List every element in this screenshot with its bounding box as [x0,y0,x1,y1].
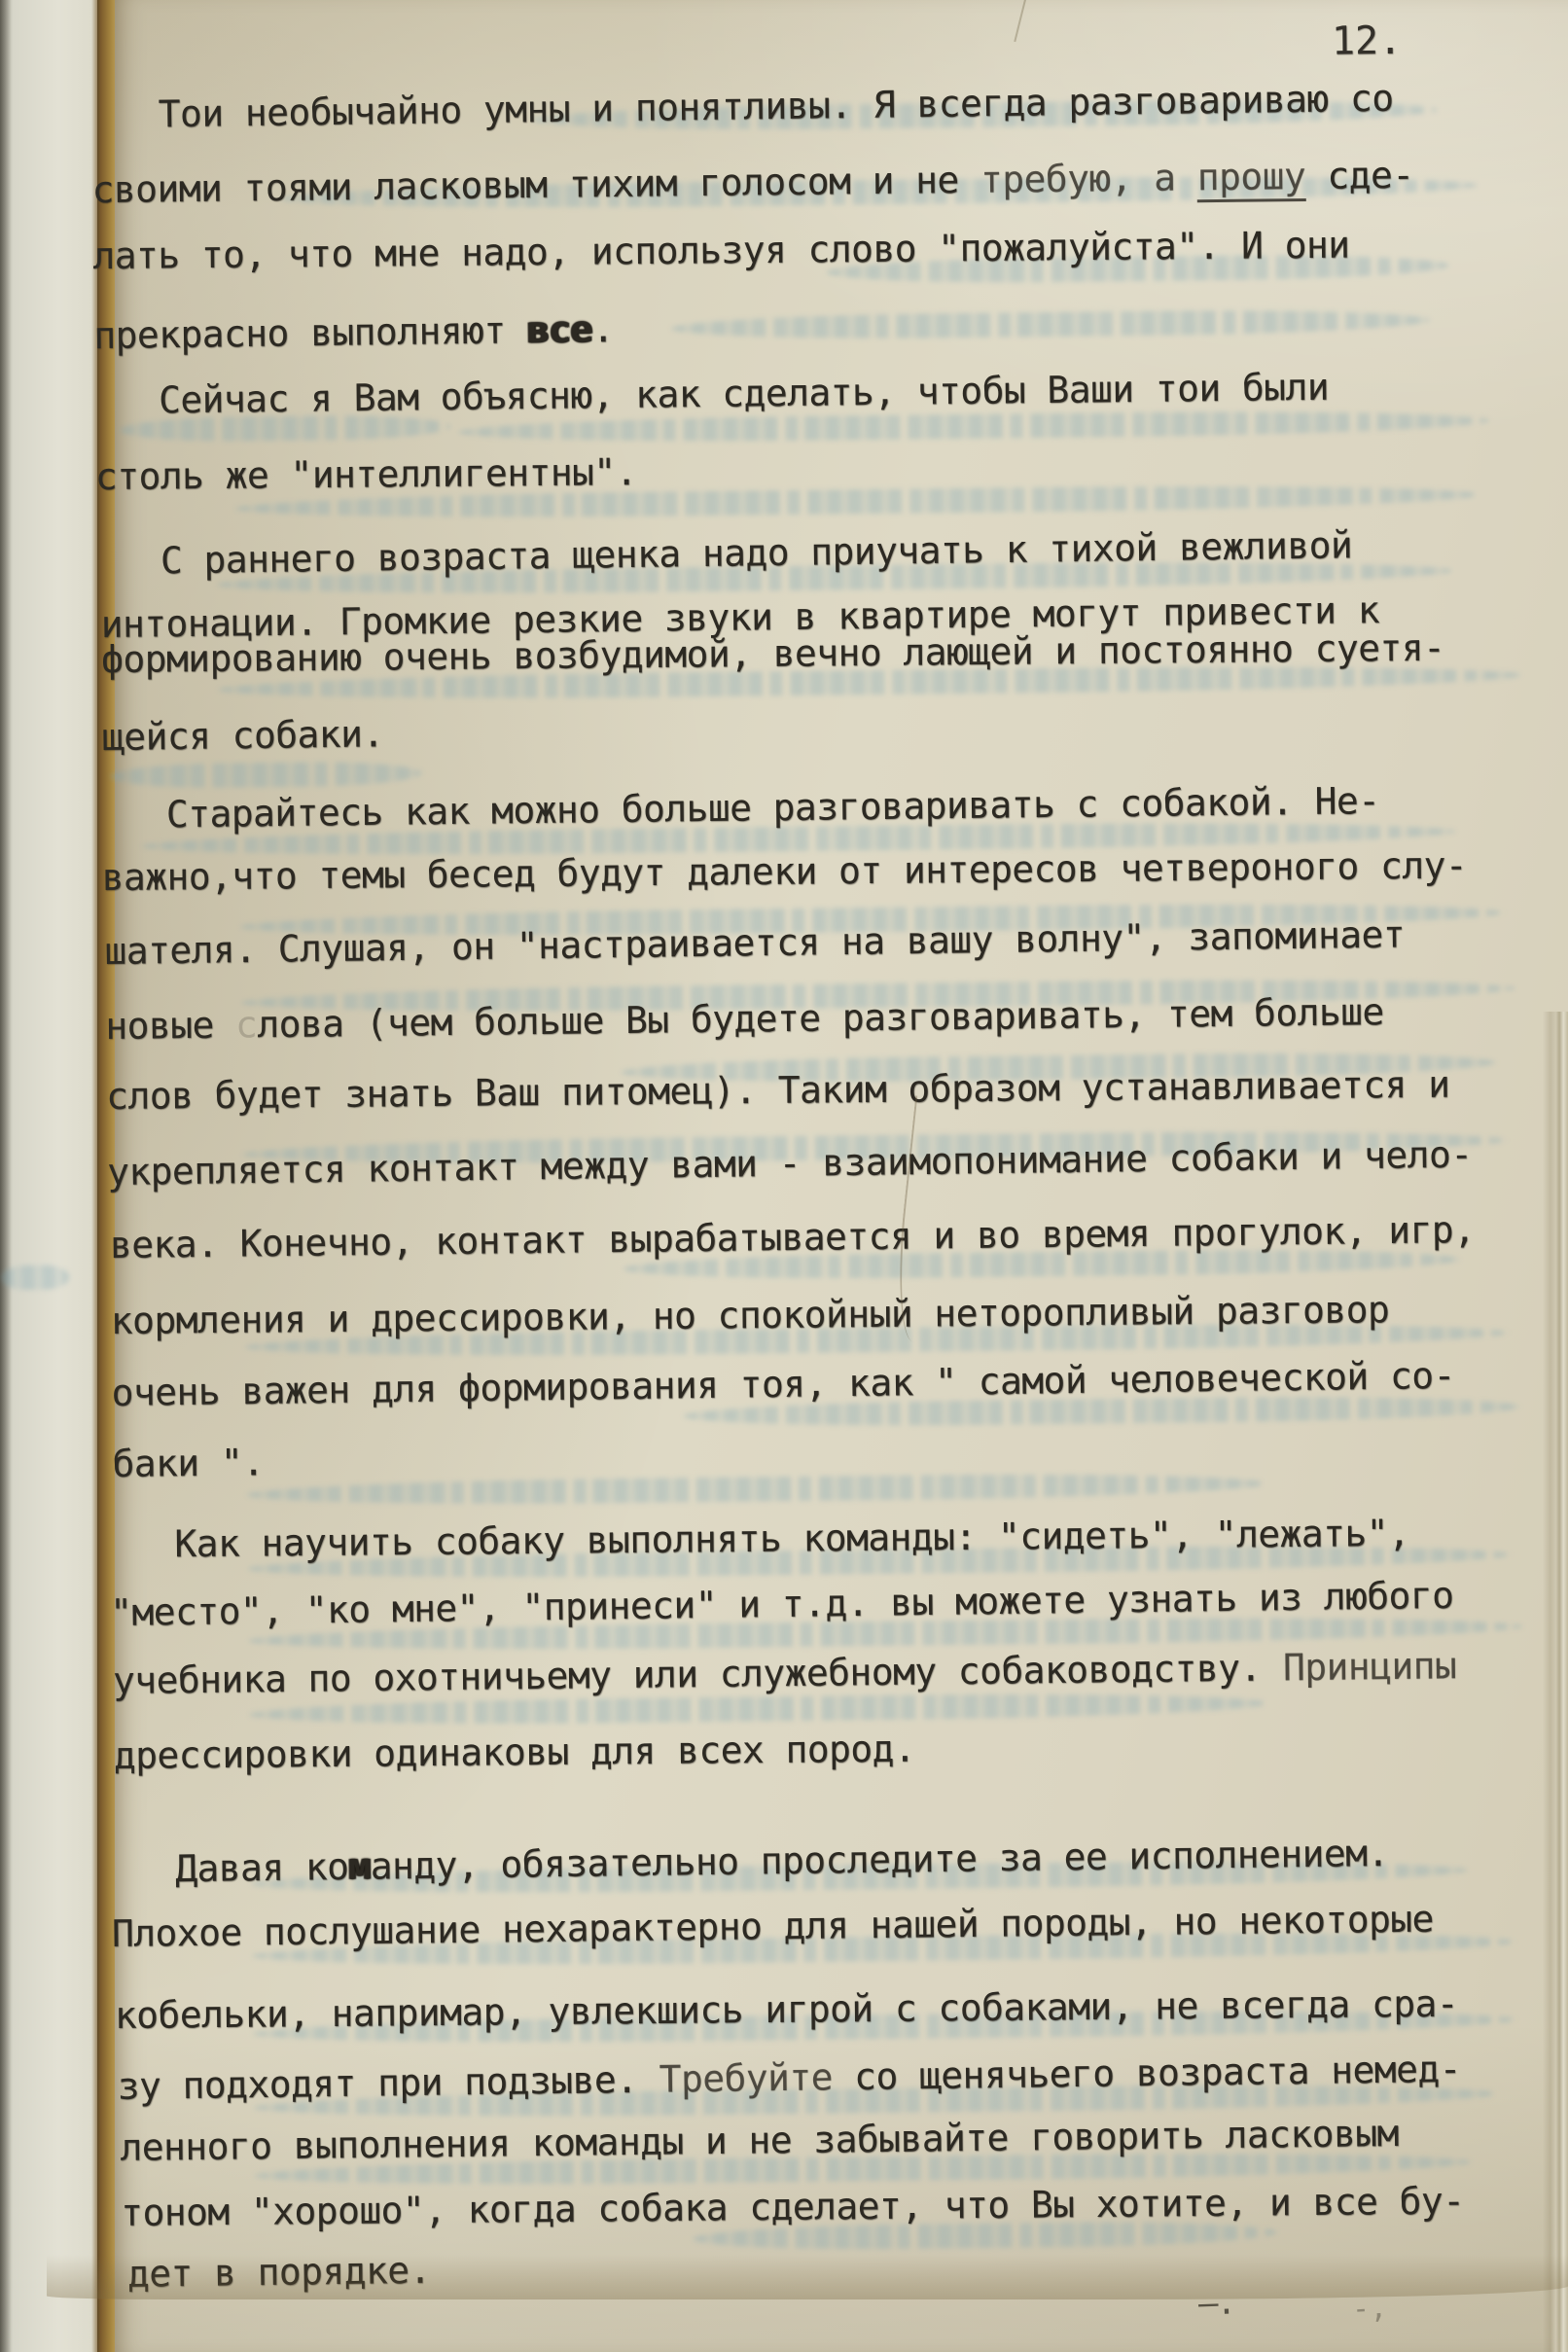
typed-text-segment: зу подходят при подзыве. [117,2058,659,2108]
typed-text-segment: учебника по охотничьему или служебному с… [113,1646,1283,1702]
typed-text-segment: слов будет знать Ваш питомец). Таким обр… [106,1063,1450,1118]
typed-text-segment: щейся собаки. [102,712,384,759]
page-bottom-shadow [47,2255,1568,2299]
typed-text-layer: 12. Тои необычайно умны и понятливы. Я в… [0,0,1568,2352]
typed-text-segment: столь же "интеллигентны". [95,450,637,498]
typed-text-segment: Принципы [1283,1644,1457,1689]
showthrough-ghost-text [110,761,421,789]
typed-line: баки ". [112,1440,264,1486]
typed-text-segment: все [527,307,592,351]
typed-line: укрепляется контакт между вами - взаимоп… [107,1132,1473,1194]
typed-text-segment: со щенячьего возраста немед- [833,2048,1462,2098]
typed-text-segment: . [591,307,614,350]
typed-line: щейся собаки. [102,711,384,760]
typed-text-segment: Тои необычайно умны и понятливы. Я всегд… [158,77,1393,136]
typed-text-segment: прекрасно выполняют [93,308,527,357]
typed-line: слов будет знать Ваш питомец). Таким обр… [106,1062,1450,1119]
typed-text-segment: требую, а [980,156,1197,201]
showthrough-ghost-text [1,1265,69,1290]
typed-text-segment: укрепляется контакт между вами - взаимоп… [107,1133,1473,1194]
typed-line: своими тоями ласковым тихим голосом и не… [91,153,1413,212]
typed-line: Тои необычайно умны и понятливы. Я всегд… [158,76,1393,137]
typed-text-segment: дрессировки одинаковы для всех пород. [114,1728,916,1777]
typed-line: прекрасно выполняют все. [93,306,614,358]
typed-text-segment: сде- [1305,154,1414,197]
typed-line: дрессировки одинаковы для всех пород. [114,1727,916,1778]
typed-text-segment: Давая ко [175,1845,349,1890]
typed-text-segment: баки ". [112,1441,264,1485]
typed-line: столь же "интеллигентны". [95,449,637,499]
typed-text-segment: новые [105,1003,235,1048]
typed-text-segment: с [235,1003,258,1046]
showthrough-ghost-text [247,1471,1268,1507]
typed-line: тоном "хорошо", когда собака сделает, чт… [121,2179,1465,2235]
page-number: 12. [1332,18,1403,64]
typed-text-segment: Требуйте [659,2055,833,2100]
typed-line: учебника по охотничьему или служебному с… [113,1643,1457,1703]
typed-text-segment: прошу [1196,155,1305,202]
showthrough-ghost-text [671,308,1430,341]
scanned-document-photo: 12. Тои необычайно умны и понятливы. Я в… [0,0,1568,2352]
typed-text-segment: тоном "хорошо", когда собака сделает, чт… [121,2180,1465,2234]
typed-text-segment: м [348,1845,371,1888]
typed-text-segment: своими тоями ласковым тихим голосом и не [91,159,980,211]
